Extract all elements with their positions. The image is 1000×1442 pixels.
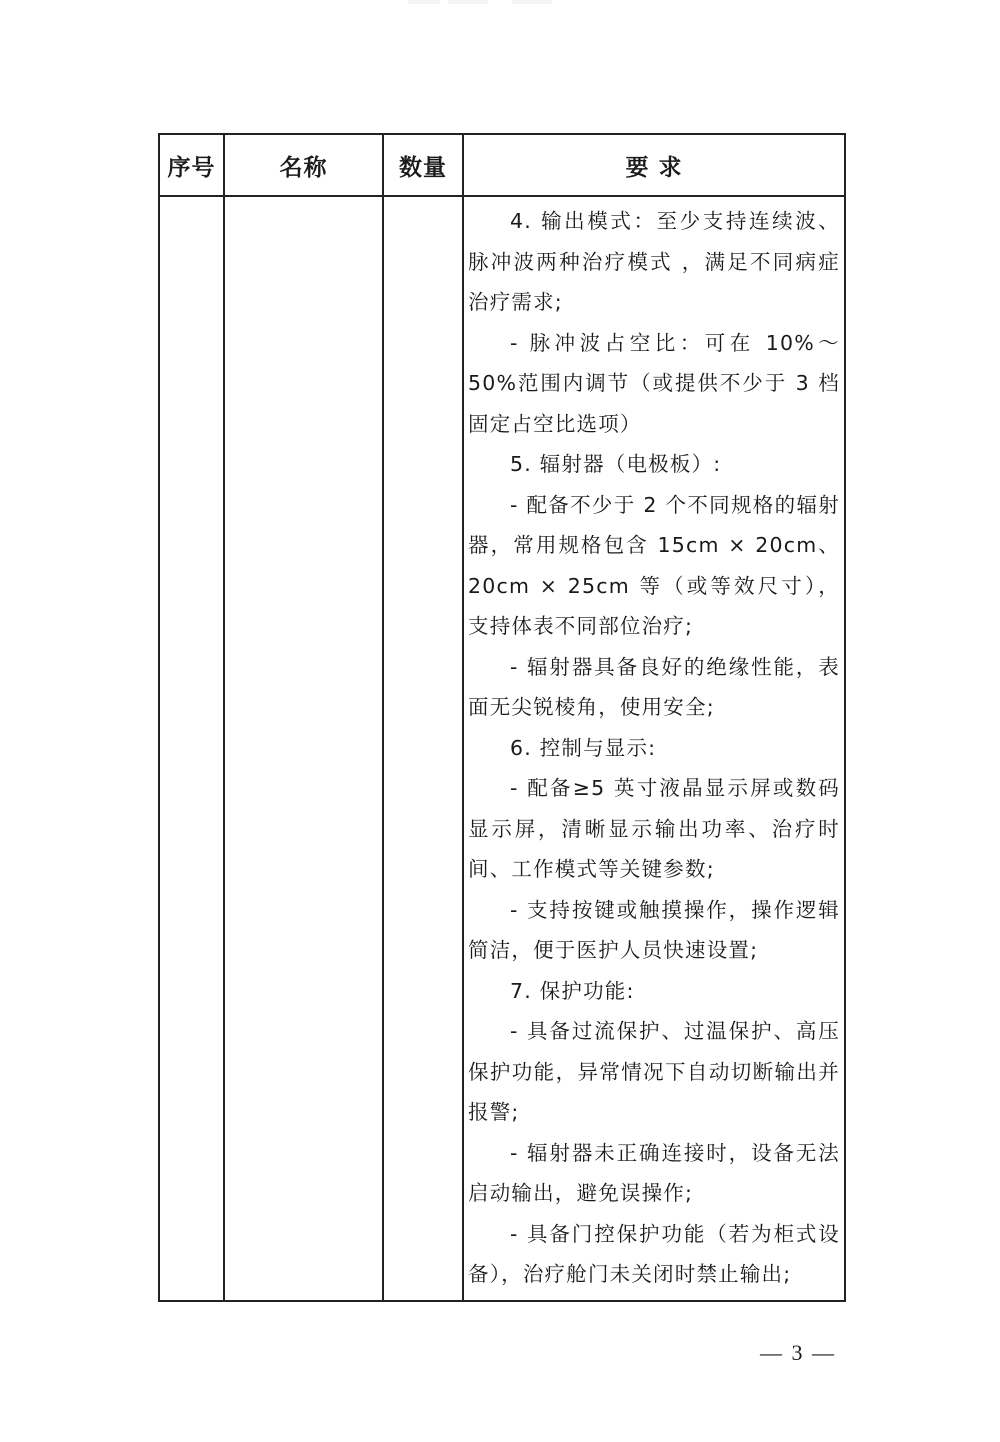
requirement-paragraph: 5. 辐射器（电极板）: [468, 444, 840, 485]
requirements-text: 4. 输出模式：至少支持连续波、脉冲波两种治疗模式 ，满足不同病症治疗需求; -… [464, 197, 844, 1295]
scan-artifact [408, 0, 440, 4]
page-number: — 3 — [760, 1340, 836, 1366]
scan-artifact [512, 0, 552, 4]
cell-index [159, 196, 224, 1301]
header-requirements: 要 求 [463, 134, 845, 196]
header-quantity: 数量 [383, 134, 463, 196]
cell-quantity [383, 196, 463, 1301]
requirement-paragraph: - 具备过流保护、过温保护、高压保护功能，异常情况下自动切断输出并报警; [468, 1011, 840, 1133]
scan-artifact [448, 0, 488, 4]
requirement-paragraph: 4. 输出模式：至少支持连续波、脉冲波两种治疗模式 ，满足不同病症治疗需求; [468, 201, 840, 323]
table-header-row: 序号 名称 数量 要 求 [159, 134, 845, 196]
document-page: 序号 名称 数量 要 求 4. 输出模式：至少支持连续波、脉冲波两种治疗模式 ，… [0, 0, 1000, 1442]
cell-requirements: 4. 输出模式：至少支持连续波、脉冲波两种治疗模式 ，满足不同病症治疗需求; -… [463, 196, 845, 1301]
requirement-paragraph: - 辐射器未正确连接时，设备无法启动输出，避免误操作; [468, 1133, 840, 1214]
requirements-table: 序号 名称 数量 要 求 4. 输出模式：至少支持连续波、脉冲波两种治疗模式 ，… [158, 133, 846, 1302]
requirement-paragraph: - 脉冲波占空比：可在 10%～50%范围内调节（或提供不少于 3 档固定占空比… [468, 323, 840, 445]
header-name: 名称 [224, 134, 383, 196]
requirement-paragraph: - 支持按键或触摸操作，操作逻辑简洁，便于医护人员快速设置; [468, 890, 840, 971]
table-row: 4. 输出模式：至少支持连续波、脉冲波两种治疗模式 ，满足不同病症治疗需求; -… [159, 196, 845, 1301]
header-index: 序号 [159, 134, 224, 196]
requirement-paragraph: - 配备不少于 2 个不同规格的辐射器，常用规格包含 15cm × 20cm、2… [468, 485, 840, 647]
requirement-paragraph: - 辐射器具备良好的绝缘性能，表面无尖锐棱角，使用安全; [468, 647, 840, 728]
requirement-paragraph: - 具备门控保护功能（若为柜式设备），治疗舱门未关闭时禁止输出; [468, 1214, 840, 1295]
cell-name [224, 196, 383, 1301]
requirement-paragraph: - 配备≥5 英寸液晶显示屏或数码显示屏，清晰显示输出功率、治疗时间、工作模式等… [468, 768, 840, 890]
requirement-paragraph: 7. 保护功能: [468, 971, 840, 1012]
requirement-paragraph: 6. 控制与显示: [468, 728, 840, 769]
